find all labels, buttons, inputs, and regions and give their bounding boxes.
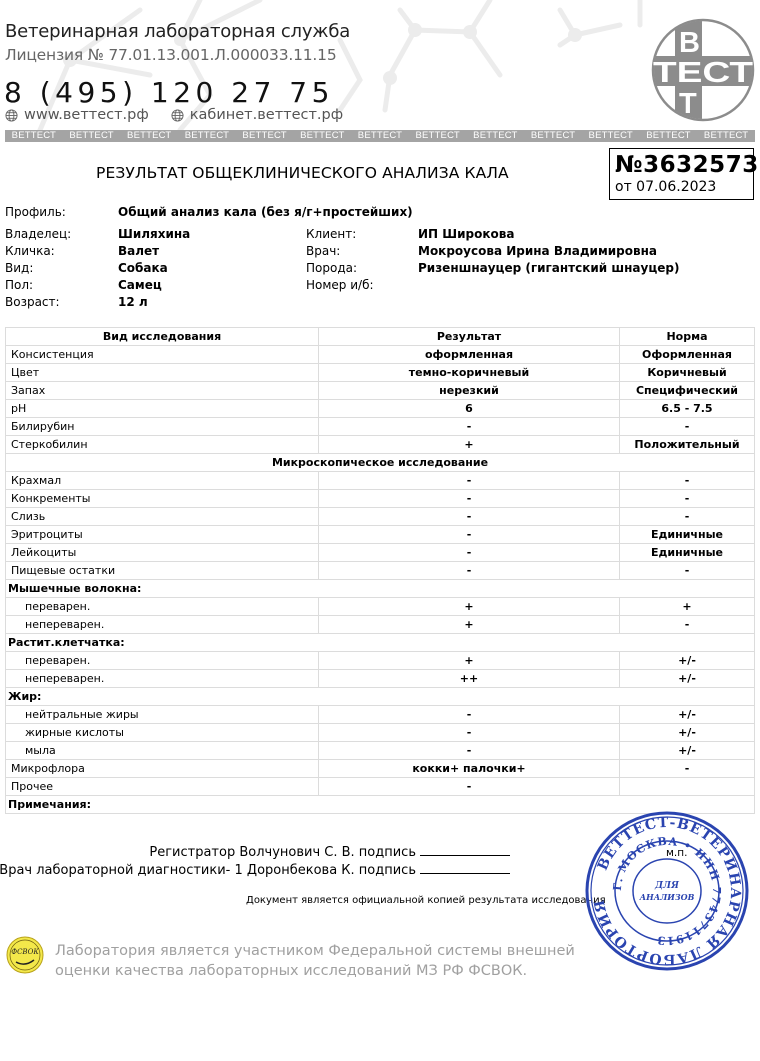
test-norm: +/- — [620, 652, 755, 670]
table-row: Стеркобилин+Положительный — [6, 436, 755, 454]
test-norm — [620, 778, 755, 796]
lab-name: Ветеринарная лабораторная служба — [5, 21, 350, 42]
test-result: 6 — [319, 400, 620, 418]
vettest-logo: В ТЕСТ Т — [651, 18, 755, 122]
test-name: жирные кислоты — [6, 724, 319, 742]
fsvok-logo: ФСВОК — [6, 936, 44, 974]
globe-icon — [5, 109, 18, 122]
group-label: Микроскопическое исследование — [6, 454, 755, 472]
doctor-signature: Врач лабораторной диагностики- 1 Доронбе… — [0, 863, 510, 878]
breed-value: Ризеншнауцер (гигантский шнауцер) — [418, 261, 679, 275]
document-number-box: №3632573 от 07.06.2023 — [609, 148, 754, 200]
test-result: темно-коричневый — [319, 364, 620, 382]
profile-value: Общий анализ кала (без я/г+простейших) — [118, 205, 413, 219]
table-header: Вид исследования Результат Норма — [6, 328, 755, 346]
table-row: Микрофлоракокки+ палочки+- — [6, 760, 755, 778]
test-result: - — [319, 472, 620, 490]
table-row: переварен.++/- — [6, 652, 755, 670]
client-label: Клиент: — [306, 227, 356, 241]
test-norm: - — [620, 616, 755, 634]
brand-stripe: ВЕТТЕСТВЕТТЕСТВЕТТЕСТВЕТТЕСТВЕТТЕСТВЕТТЕ… — [5, 130, 755, 142]
client-value: ИП Широкова — [418, 227, 514, 241]
test-name: переварен. — [6, 652, 319, 670]
cabinet-link-text: кабинет.веттест.рф — [190, 107, 343, 123]
stripe-word: ВЕТТЕСТ — [467, 130, 525, 142]
test-norm: Единичные — [620, 544, 755, 562]
table-row: Пищевые остатки-- — [6, 562, 755, 580]
stripe-word: ВЕТТЕСТ — [236, 130, 294, 142]
test-norm: Коричневый — [620, 364, 755, 382]
logo-letter-v: В — [679, 27, 700, 59]
stripe-word: ВЕТТЕСТ — [120, 130, 178, 142]
test-norm: Единичные — [620, 526, 755, 544]
test-norm: - — [620, 508, 755, 526]
test-result: - — [319, 508, 620, 526]
cabinet-link[interactable]: кабинет.веттест.рф — [171, 107, 343, 123]
test-name: Слизь — [6, 508, 319, 526]
test-norm: - — [620, 562, 755, 580]
test-result: - — [319, 418, 620, 436]
group-header-row: Растит.клетчатка: — [6, 634, 755, 652]
owner-value: Шиляхина — [118, 227, 190, 241]
test-result: кокки+ палочки+ — [319, 760, 620, 778]
table-row: переварен.++ — [6, 598, 755, 616]
signature-line — [420, 872, 510, 874]
test-norm: +/- — [620, 706, 755, 724]
website-link[interactable]: www.веттест.рф — [5, 107, 149, 123]
test-result: + — [319, 436, 620, 454]
stripe-word: ВЕТТЕСТ — [640, 130, 698, 142]
test-name: Пищевые остатки — [6, 562, 319, 580]
nickname-label: Кличка: — [5, 244, 55, 258]
letterhead: Ветеринарная лабораторная служба Лицензи… — [0, 0, 760, 130]
test-norm: + — [620, 598, 755, 616]
nickname-value: Валет — [118, 244, 159, 258]
table-row: Цветтемно-коричневыйКоричневый — [6, 364, 755, 382]
column-header: Результат — [319, 328, 620, 346]
test-name: Эритроциты — [6, 526, 319, 544]
official-copy-disclaimer: Документ является официальной копией рез… — [246, 895, 606, 906]
age-value: 12 л — [118, 295, 148, 309]
section-header-row: Микроскопическое исследование — [6, 454, 755, 472]
stripe-word: ВЕТТЕСТ — [5, 130, 63, 142]
doctor-text: Врач лабораторной диагностики- 1 Доронбе… — [0, 863, 416, 878]
case-number-label: Номер и/б: — [306, 278, 374, 292]
column-header: Вид исследования — [6, 328, 319, 346]
test-name: Консистенция — [6, 346, 319, 364]
group-label: Растит.клетчатка: — [6, 634, 755, 652]
group-label: Жир: — [6, 688, 755, 706]
sex-label: Пол: — [5, 278, 33, 292]
test-norm: +/- — [620, 742, 755, 760]
table-row: непереварен.+- — [6, 616, 755, 634]
lab-stamp: ВЕТТЕСТ-ВЕТЕРИНАРНАЯ ЛАБОРТОРИЯ • ИНН 77… — [582, 808, 752, 974]
svg-text:ФСВОК: ФСВОК — [11, 948, 39, 956]
table-row: Билирубин-- — [6, 418, 755, 436]
table-row: pH66.5 - 7.5 — [6, 400, 755, 418]
table-row: непереварен.+++/- — [6, 670, 755, 688]
test-result: - — [319, 526, 620, 544]
test-name: непереварен. — [6, 616, 319, 634]
stripe-word: ВЕТТЕСТ — [409, 130, 467, 142]
test-name: Конкременты — [6, 490, 319, 508]
test-name: Билирубин — [6, 418, 319, 436]
doctor-value: Мокроусова Ирина Владимировна — [418, 244, 657, 258]
test-result: - — [319, 724, 620, 742]
species-value: Собака — [118, 261, 168, 275]
test-result: + — [319, 598, 620, 616]
doctor-label: Врач: — [306, 244, 340, 258]
test-result: + — [319, 616, 620, 634]
test-name: pH — [6, 400, 319, 418]
test-result: нерезкий — [319, 382, 620, 400]
globe-icon — [171, 109, 184, 122]
test-result: - — [319, 562, 620, 580]
sex-value: Самец — [118, 278, 162, 292]
test-result: - — [319, 706, 620, 724]
test-result: + — [319, 652, 620, 670]
table-row: Эритроциты-Единичные — [6, 526, 755, 544]
test-name: Крахмал — [6, 472, 319, 490]
stripe-word: ВЕТТЕСТ — [178, 130, 236, 142]
test-norm: - — [620, 418, 755, 436]
test-name: Лейкоциты — [6, 544, 319, 562]
table-row: Прочее- — [6, 778, 755, 796]
test-result: ++ — [319, 670, 620, 688]
group-header-row: Жир: — [6, 688, 755, 706]
test-norm: Оформленная — [620, 346, 755, 364]
test-result: - — [319, 490, 620, 508]
table-row: Слизь-- — [6, 508, 755, 526]
stripe-word: ВЕТТЕСТ — [582, 130, 640, 142]
table-row: ЗапахнерезкийСпецифический — [6, 382, 755, 400]
breed-label: Порода: — [306, 261, 357, 275]
website-link-text: www.веттест.рф — [24, 107, 149, 123]
stripe-word: ВЕТТЕСТ — [697, 130, 755, 142]
test-name: непереварен. — [6, 670, 319, 688]
document-date: от 07.06.2023 — [615, 179, 716, 195]
table-row: жирные кислоты-+/- — [6, 724, 755, 742]
test-norm: Специфический — [620, 382, 755, 400]
fsvok-line-1: Лаборатория является участником Федераль… — [55, 941, 575, 961]
phone-number[interactable]: 8 (495) 120 27 75 — [4, 76, 334, 109]
table-row: Крахмал-- — [6, 472, 755, 490]
table-row: нейтральные жиры-+/- — [6, 706, 755, 724]
test-name: Цвет — [6, 364, 319, 382]
table-row: Лейкоциты-Единичные — [6, 544, 755, 562]
results-table: Вид исследования Результат Норма Консист… — [5, 327, 755, 814]
test-result: - — [319, 544, 620, 562]
table-row: КонсистенцияоформленнаяОформленная — [6, 346, 755, 364]
registrar-signature: Регистратор Волчунович С. В. подпись — [149, 845, 510, 860]
test-norm: 6.5 - 7.5 — [620, 400, 755, 418]
document-number: №3632573 — [615, 152, 759, 178]
test-name: Прочее — [6, 778, 319, 796]
table-row: Конкременты-- — [6, 490, 755, 508]
svg-text:ДЛЯ: ДЛЯ — [654, 881, 680, 891]
test-result: - — [319, 778, 620, 796]
svg-text:АНАЛИЗОВ: АНАЛИЗОВ — [639, 892, 695, 902]
document-title: РЕЗУЛЬТАТ ОБЩЕКЛИНИЧЕСКОГО АНАЛИЗА КАЛА — [96, 164, 509, 182]
test-result: - — [319, 742, 620, 760]
test-norm: +/- — [620, 670, 755, 688]
group-header-row: Мышечные волокна: — [6, 580, 755, 598]
profile-label: Профиль: — [5, 205, 66, 219]
test-result: оформленная — [319, 346, 620, 364]
svg-text:ТЕСТ: ТЕСТ — [653, 57, 753, 89]
age-label: Возраст: — [5, 295, 60, 309]
license-number: Лицензия № 77.01.13.001.Л.000033.11.15 — [5, 46, 336, 64]
fsvok-line-2: оценки качества лабораторных исследовани… — [55, 961, 575, 981]
owner-label: Владелец: — [5, 227, 71, 241]
group-label: Мышечные волокна: — [6, 580, 755, 598]
test-name: Стеркобилин — [6, 436, 319, 454]
test-norm: +/- — [620, 724, 755, 742]
test-norm: Положительный — [620, 436, 755, 454]
stripe-word: ВЕТТЕСТ — [524, 130, 582, 142]
test-name: Микрофлора — [6, 760, 319, 778]
stripe-word: ВЕТТЕСТ — [63, 130, 121, 142]
test-name: мыла — [6, 742, 319, 760]
stripe-word: ВЕТТЕСТ — [351, 130, 409, 142]
column-header: Норма — [620, 328, 755, 346]
svg-text:Т: Т — [679, 88, 697, 120]
fsvok-membership-note: Лаборатория является участником Федераль… — [55, 941, 575, 981]
test-norm: - — [620, 760, 755, 778]
test-name: Запах — [6, 382, 319, 400]
table-row: мыла-+/- — [6, 742, 755, 760]
test-norm: - — [620, 490, 755, 508]
test-name: нейтральные жиры — [6, 706, 319, 724]
signature-line — [420, 854, 510, 856]
website-links: www.веттест.рф кабинет.веттест.рф — [5, 107, 343, 123]
registrar-text: Регистратор Волчунович С. В. подпись — [149, 845, 416, 860]
test-norm: - — [620, 472, 755, 490]
test-name: переварен. — [6, 598, 319, 616]
species-label: Вид: — [5, 261, 33, 275]
stripe-word: ВЕТТЕСТ — [293, 130, 351, 142]
